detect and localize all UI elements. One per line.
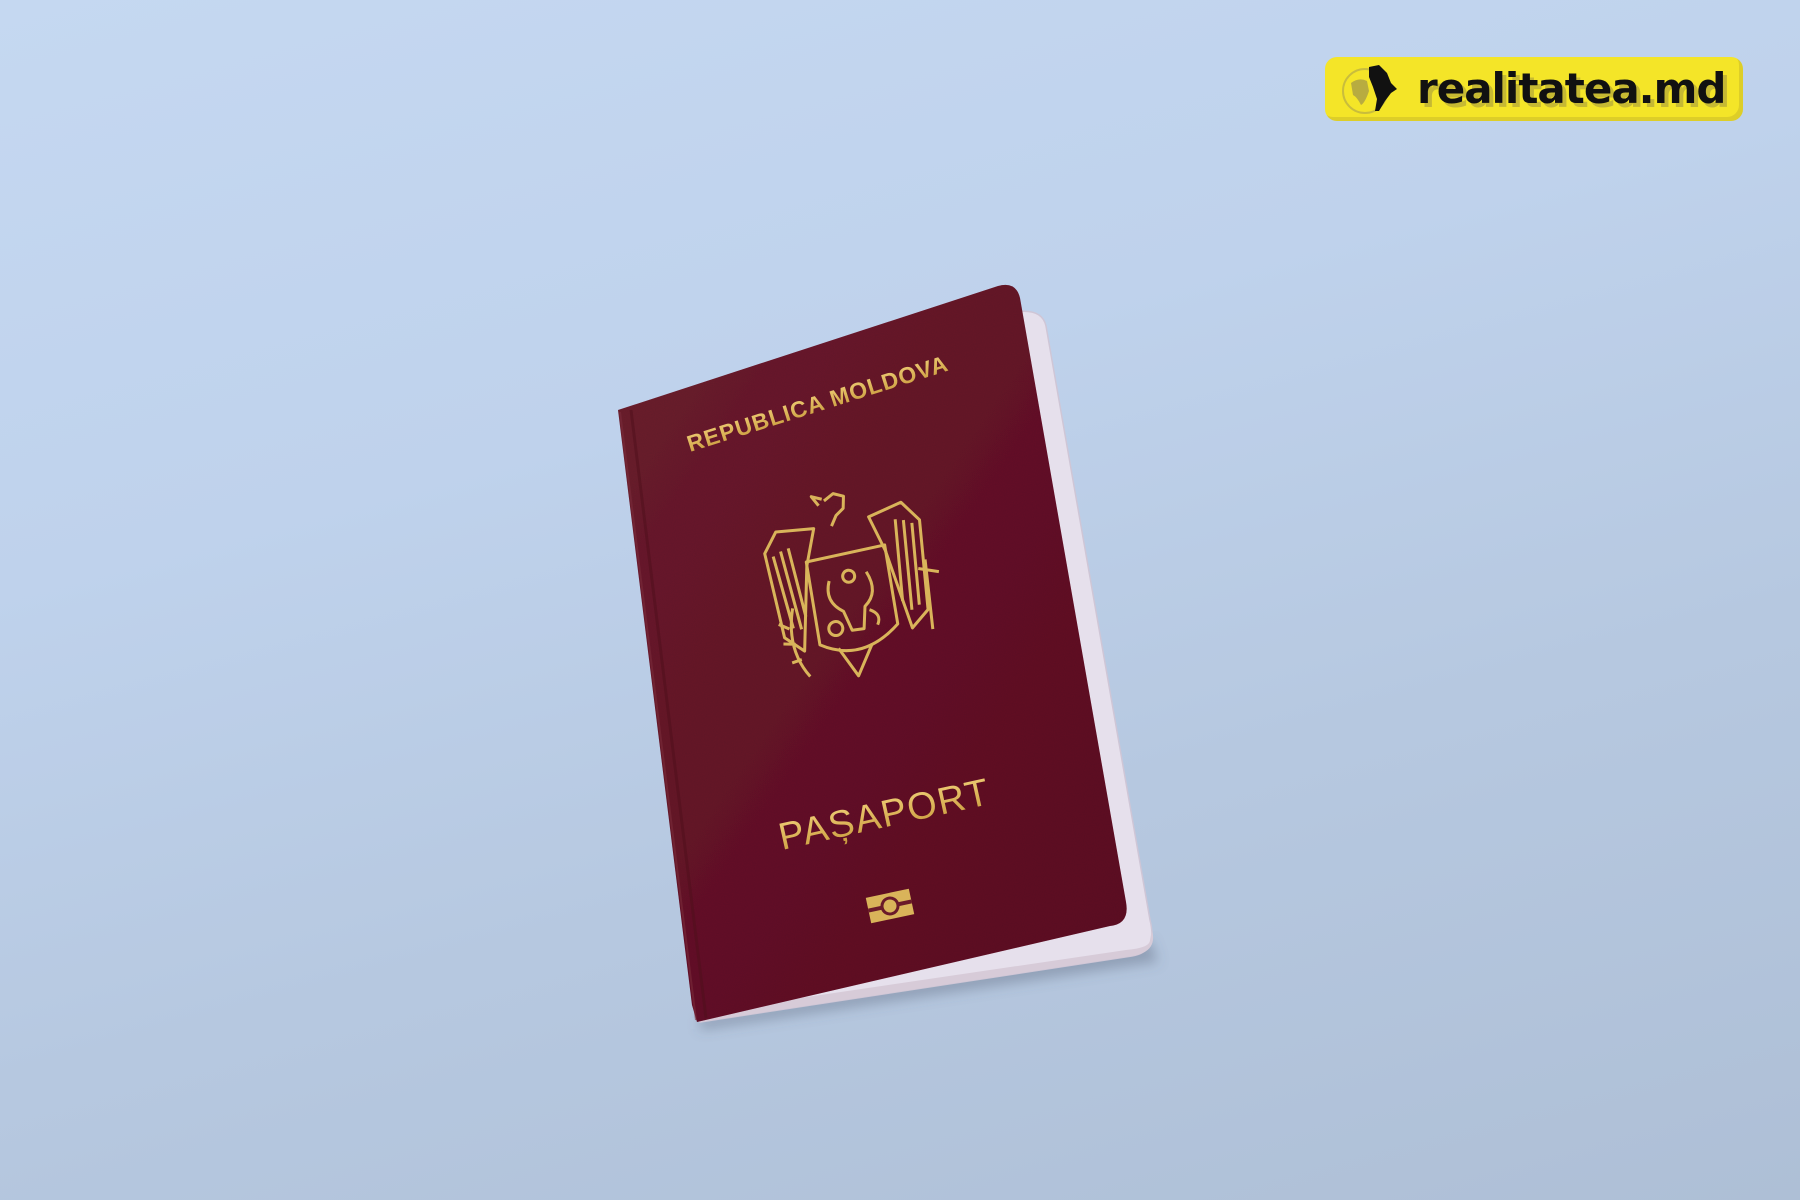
photo-scene: REPUBLICA MOLDOVA PAȘAPORT — [0, 0, 1800, 1200]
site-name: realitatea.md — [1417, 61, 1725, 117]
passport-photo: REPUBLICA MOLDOVA PAȘAPORT — [0, 0, 1800, 1200]
realitatea-logo[interactable]: realitatea.md — [1325, 57, 1743, 121]
globe-moldova-map-icon — [1339, 61, 1409, 117]
